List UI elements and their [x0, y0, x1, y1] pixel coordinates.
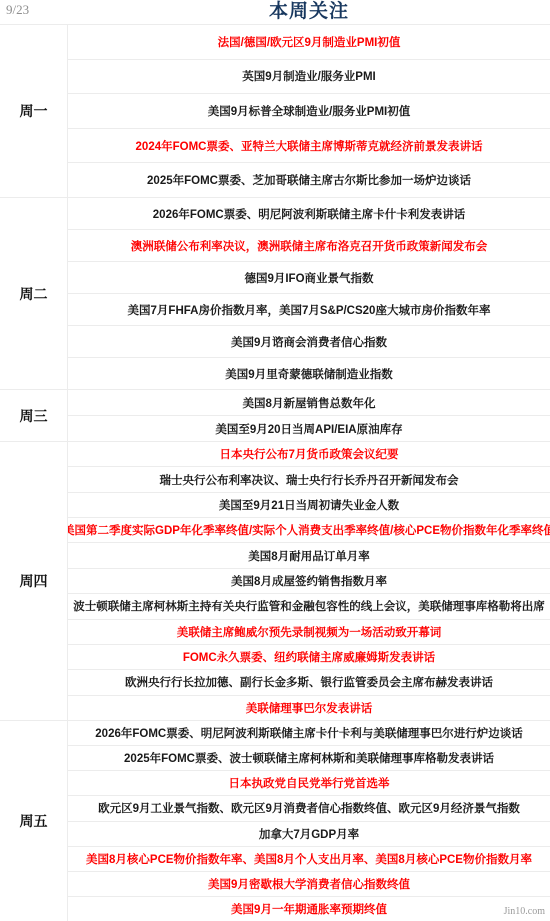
- event-row: 瑞士央行公布利率决议、瑞士央行行长乔丹召开新闻发布会: [68, 467, 550, 492]
- event-row: 美国9月标普全球制造业/服务业PMI初值: [68, 94, 550, 129]
- day-group-monday: 周一 法国/德国/欧元区9月制造业PMI初值 英国9月制造业/服务业PMI 美国…: [0, 25, 550, 198]
- event-row: 2025年FOMC票委、芝加哥联储主席古尔斯比参加一场炉边谈话: [68, 163, 550, 197]
- event-row: 日本央行公布7月货币政策会议纪要: [68, 442, 550, 467]
- event-row: 德国9月IFO商业景气指数: [68, 262, 550, 294]
- event-row: 美国8月核心PCE物价指数年率、美国8月个人支出月率、美国8月核心PCE物价指数…: [68, 847, 550, 872]
- event-row: 波士顿联储主席柯林斯主持有关央行监管和金融包容性的线上会议，美联储理事库格勒将出…: [68, 594, 550, 619]
- day-label-monday: 周一: [0, 25, 68, 197]
- event-row: 加拿大7月GDP月率: [68, 822, 550, 847]
- event-row: 美国第二季度实际GDP年化季率终值/实际个人消费支出季率终值/核心PCE物价指数…: [68, 518, 550, 543]
- day-group-thursday: 周四 日本央行公布7月货币政策会议纪要 瑞士央行公布利率决议、瑞士央行行长乔丹召…: [0, 442, 550, 721]
- event-row: 美国9月谘商会消费者信心指数: [68, 326, 550, 358]
- event-row: 美国8月新屋销售总数年化: [68, 390, 550, 416]
- event-row: 欧元区9月工业景气指数、欧元区9月消费者信心指数终值、欧元区9月经济景气指数: [68, 796, 550, 821]
- event-row: 美国9月里奇蒙德联储制造业指数: [68, 358, 550, 389]
- day-group-wednesday: 周三 美国8月新屋销售总数年化 美国至9月20日当周API/EIA原油库存: [0, 390, 550, 442]
- day-label-thursday: 周四: [0, 442, 68, 720]
- event-row: 美国8月耐用品订单月率: [68, 543, 550, 568]
- event-row: 美国7月FHFA房价指数月率，美国7月S&P/CS20座大城市房价指数年率: [68, 294, 550, 326]
- day-label-friday: 周五: [0, 721, 68, 921]
- event-row: 欧洲央行行长拉加德、副行长金多斯、银行监管委员会主席布赫发表讲话: [68, 670, 550, 695]
- day-label-wednesday: 周三: [0, 390, 68, 441]
- event-row: 2026年FOMC票委、明尼阿波利斯联储主席卡什卡利发表讲话: [68, 198, 550, 230]
- day-group-tuesday: 周二 2026年FOMC票委、明尼阿波利斯联储主席卡什卡利发表讲话 澳洲联储公布…: [0, 198, 550, 390]
- event-row: 2025年FOMC票委、波士顿联储主席柯林斯和美联储理事库格勒发表讲话: [68, 746, 550, 771]
- event-row: FOMC永久票委、纽约联储主席威廉姆斯发表讲话: [68, 645, 550, 670]
- date-label: 9/23: [6, 2, 29, 18]
- page-title: 本周关注: [68, 0, 550, 24]
- event-row: 日本执政党自民党举行党首选举: [68, 771, 550, 796]
- event-row: 英国9月制造业/服务业PMI: [68, 60, 550, 95]
- event-list-thursday: 日本央行公布7月货币政策会议纪要 瑞士央行公布利率决议、瑞士央行行长乔丹召开新闻…: [68, 442, 550, 720]
- day-group-friday: 周五 2026年FOMC票委、明尼阿波利斯联储主席卡什卡利与美联储理事巴尔进行炉…: [0, 721, 550, 921]
- event-row: 美联储主席鲍威尔预先录制视频为一场活动致开幕词: [68, 620, 550, 645]
- event-row: 美国至9月21日当周初请失业金人数: [68, 493, 550, 518]
- event-list-wednesday: 美国8月新屋销售总数年化 美国至9月20日当周API/EIA原油库存: [68, 390, 550, 441]
- event-list-tuesday: 2026年FOMC票委、明尼阿波利斯联储主席卡什卡利发表讲话 澳洲联储公布利率决…: [68, 198, 550, 389]
- event-row: 2026年FOMC票委、明尼阿波利斯联储主席卡什卡利与美联储理事巴尔进行炉边谈话: [68, 721, 550, 746]
- event-row: 美国9月一年期通胀率预期终值: [68, 897, 550, 921]
- event-row: 美联储理事巴尔发表讲话: [68, 696, 550, 720]
- jin10-watermark: Jin10.com: [504, 906, 545, 917]
- event-row: 美国至9月20日当周API/EIA原油库存: [68, 416, 550, 441]
- event-row: 澳洲联储公布利率决议，澳洲联储主席布洛克召开货币政策新闻发布会: [68, 230, 550, 262]
- event-list-monday: 法国/德国/欧元区9月制造业PMI初值 英国9月制造业/服务业PMI 美国9月标…: [68, 25, 550, 197]
- weekly-focus-calendar: 9/23 本周关注 周一 法国/德国/欧元区9月制造业PMI初值 英国9月制造业…: [0, 0, 550, 921]
- header: 9/23 本周关注: [0, 0, 550, 25]
- event-row: 美国8月成屋签约销售指数月率: [68, 569, 550, 594]
- event-row: 美国9月密歇根大学消费者信心指数终值: [68, 872, 550, 897]
- event-row: 法国/德国/欧元区9月制造业PMI初值: [68, 25, 550, 60]
- event-list-friday: 2026年FOMC票委、明尼阿波利斯联储主席卡什卡利与美联储理事巴尔进行炉边谈话…: [68, 721, 550, 921]
- day-label-tuesday: 周二: [0, 198, 68, 389]
- event-row: 2024年FOMC票委、亚特兰大联储主席博斯蒂克就经济前景发表讲话: [68, 129, 550, 164]
